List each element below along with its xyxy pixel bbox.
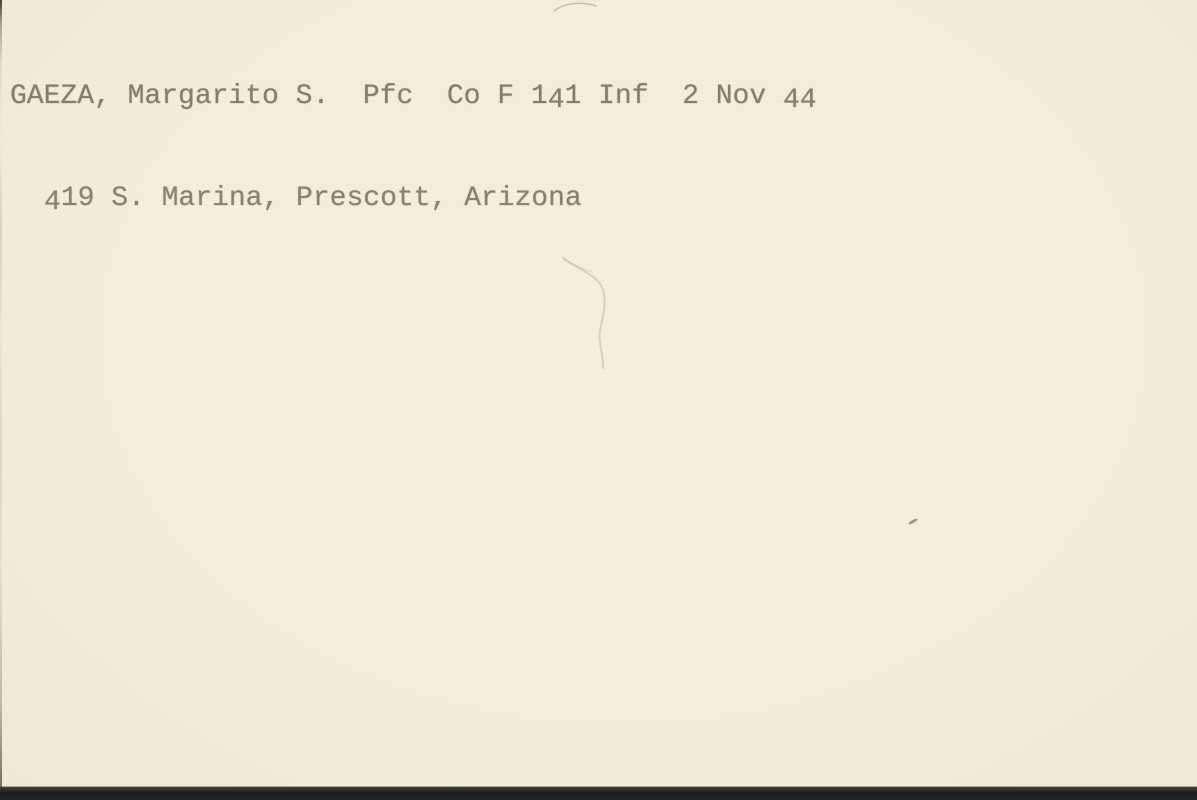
scanner-bed-bar (0, 787, 1197, 800)
scanned-index-card: GAEZA, Margarito S. Pfc Co F 141 Inf 2 N… (0, 0, 1197, 800)
address-line: 419 S. Marina, Prescott, Arizona (10, 182, 817, 216)
service-record-line: GAEZA, Margarito S. Pfc Co F 141 Inf 2 N… (10, 80, 817, 114)
scan-left-edge-shadow (0, 0, 2, 787)
card-text-block: GAEZA, Margarito S. Pfc Co F 141 Inf 2 N… (10, 12, 817, 284)
paper-speck (908, 518, 918, 525)
